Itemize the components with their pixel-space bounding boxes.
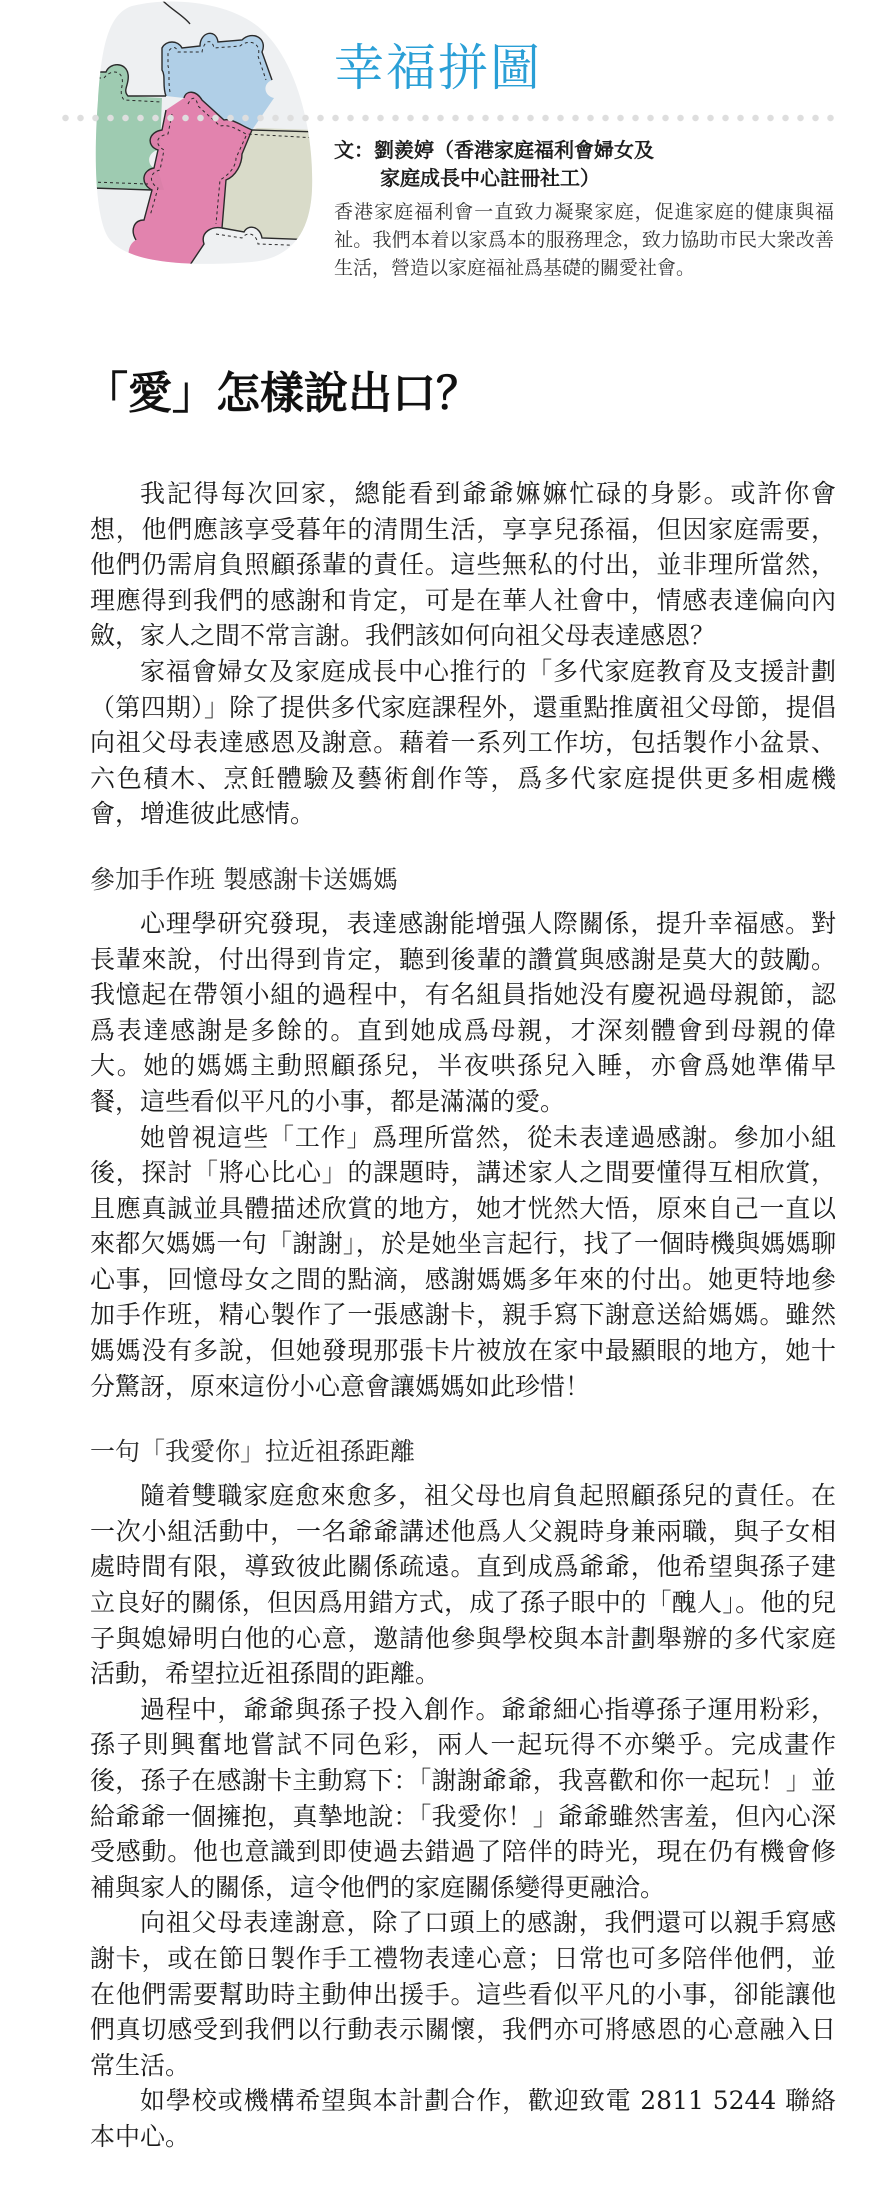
organization-intro: 香港家庭福利會一直致力凝聚家庭，促進家庭的健康與福祉。我們本着以家爲本的服務理念…	[334, 198, 834, 282]
article: 「愛」怎樣說出口？ 我記得每次回家，總能看到爺爺嫲嫲忙碌的身影。或許你會想，他們…	[90, 360, 836, 2155]
paragraph: 家福會婦女及家庭成長中心推行的「多代家庭教育及支援計劃（第四期）」除了提供多代家…	[90, 654, 836, 832]
author-byline: 文：劉羨婷（香港家庭福利會婦女及 家庭成長中心註冊社工）	[334, 136, 834, 192]
byline-line-2: 家庭成長中心註冊社工）	[334, 164, 834, 192]
dotted-divider	[58, 114, 838, 122]
article-title: 「愛」怎樣說出口？	[84, 360, 836, 428]
section-thank-you-card: 參加手作班 製感謝卡送媽媽 心理學研究發現，表達感謝能增强人際關係，提升幸福感。…	[90, 862, 836, 1404]
contact-paragraph: 如學校或機構希望與本計劃合作，歡迎致電 2811 5244 聯絡本中心。	[90, 2083, 836, 2154]
paragraph: 我記得每次回家，總能看到爺爺嫲嫲忙碌的身影。或許你會想，他們應該享受暮年的清閒生…	[90, 476, 836, 654]
section-heading: 參加手作班 製感謝卡送媽媽	[90, 862, 836, 898]
column-header: 幸福拼圖 文：劉羨婷（香港家庭福利會婦女及 家庭成長中心註冊社工） 香港家庭福利…	[0, 0, 895, 330]
section-heading: 一句「我愛你」拉近祖孫距離	[90, 1434, 836, 1470]
paragraph: 她曾視這些「工作」爲理所當然，從未表達過感謝。參加小組後，探討「將心比心」的課題…	[90, 1120, 836, 1405]
paragraph: 心理學研究發現，表達感謝能增强人際關係，提升幸福感。對長輩來說，付出得到肯定，聽…	[90, 906, 836, 1120]
paragraph: 向祖父母表達謝意，除了口頭上的感謝，我們還可以親手寫感謝卡，或在節日製作手工禮物…	[90, 1905, 836, 2083]
section-intro: 我記得每次回家，總能看到爺爺嫲嫲忙碌的身影。或許你會想，他們應該享受暮年的清閒生…	[90, 476, 836, 832]
paragraph: 過程中，爺爺與孫子投入創作。爺爺細心指導孫子運用粉彩，孫子則興奮地嘗試不同色彩，…	[90, 1692, 836, 1906]
byline-line-1: 文：劉羨婷（香港家庭福利會婦女及	[334, 138, 654, 162]
column-title: 幸福拼圖	[334, 36, 542, 100]
article-body: 我記得每次回家，總能看到爺爺嫲嫲忙碌的身影。或許你會想，他們應該享受暮年的清閒生…	[90, 476, 836, 2155]
paragraph: 隨着雙職家庭愈來愈多，祖父母也肩負起照顧孫兒的責任。在一次小組活動中，一名爺爺講…	[90, 1478, 836, 1692]
section-i-love-you: 一句「我愛你」拉近祖孫距離 隨着雙職家庭愈來愈多，祖父母也肩負起照顧孫兒的責任。…	[90, 1434, 836, 2154]
puzzle-pieces-illustration	[92, 0, 317, 268]
